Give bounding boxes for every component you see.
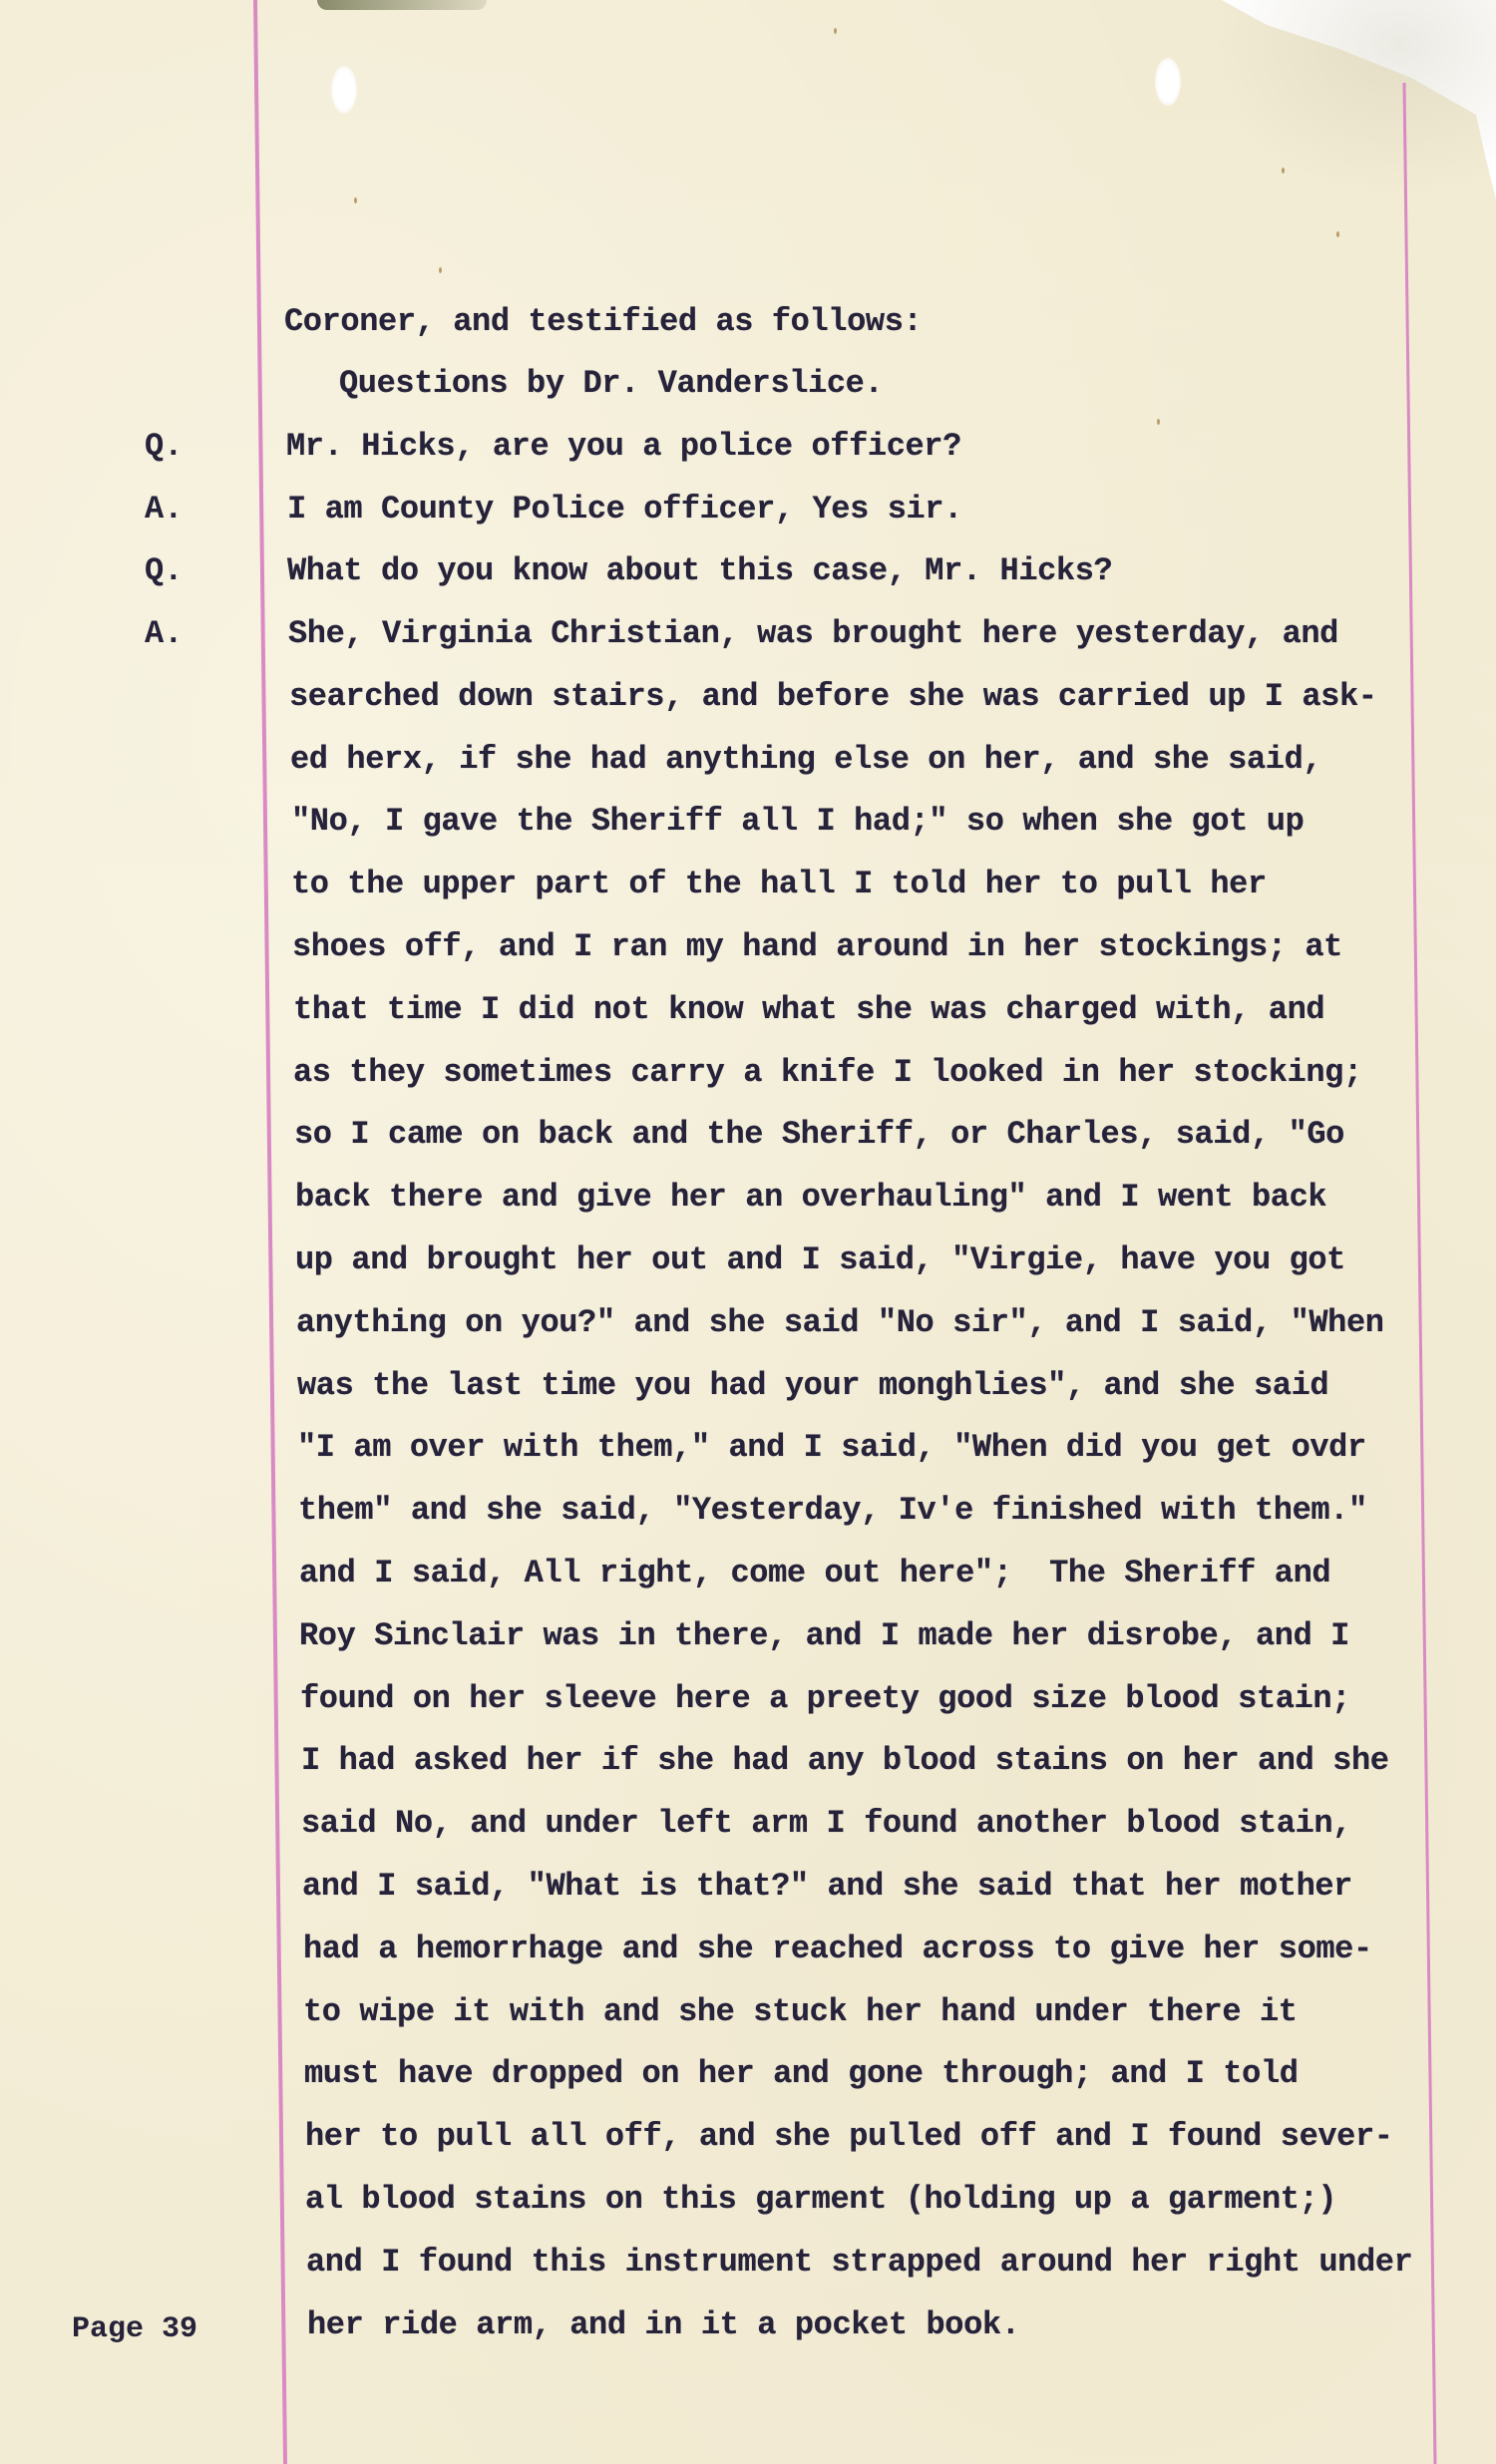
answer-line: al blood stains on this garment (holding… — [305, 2182, 1336, 2218]
answer-line: "No, I gave the Sheriff all I had;" so w… — [291, 804, 1304, 840]
paper-speck — [1157, 419, 1160, 425]
punch-hole-left — [331, 66, 357, 114]
answer-line: so I came on back and the Sheriff, or Ch… — [294, 1117, 1344, 1153]
paper-speck — [354, 197, 357, 203]
answer-line: to wipe it with and she stuck her hand u… — [303, 1994, 1298, 2030]
punch-hole-right — [1155, 58, 1181, 106]
top-edge-stain — [317, 0, 487, 10]
answer-line: I had asked her if she had any blood sta… — [301, 1743, 1389, 1779]
answer-line: to the upper part of the hall I told her… — [291, 867, 1267, 902]
question-label: Q. — [145, 429, 183, 465]
question-text: Mr. Hicks, are you a police officer? — [286, 429, 961, 465]
answer-line: said No, and under left arm I found anot… — [301, 1806, 1351, 1842]
answer-line: and I said, All right, come out here"; T… — [299, 1556, 1330, 1591]
answer-line: She, Virginia Christian, was brought her… — [288, 616, 1338, 652]
page-number: Page 39 — [72, 2311, 197, 2347]
paper-speck — [1336, 231, 1339, 237]
answer-line: Roy Sinclair was in there, and I made he… — [299, 1618, 1349, 1654]
answer-text: I am County Police officer, Yes sir. — [287, 492, 962, 528]
answer-line: that time I did not know what she was ch… — [293, 992, 1324, 1028]
answer-label: A. — [145, 492, 183, 528]
answer-line: her ride arm, and in it a pocket book. — [307, 2307, 1020, 2343]
answer-line: as they sometimes carry a knife I looked… — [293, 1055, 1362, 1091]
answer-line: found on her sleeve here a preety good s… — [300, 1681, 1350, 1717]
answer-label: A. — [145, 616, 183, 652]
answer-line: "I am over with them," and I said, "When… — [297, 1430, 1366, 1466]
paper-speck — [834, 28, 837, 34]
answer-line: had a hemorrhage and she reached across … — [303, 1932, 1372, 1967]
question-label: Q. — [145, 553, 183, 589]
answer-line: ed herx, if she had anything else on her… — [290, 742, 1321, 778]
answer-line: and I said, "What is that?" and she said… — [302, 1869, 1352, 1905]
answer-line: was the last time you had your monghlies… — [297, 1368, 1328, 1404]
answer-line: them" and she said, "Yesterday, Iv'e fin… — [298, 1493, 1367, 1529]
paper-speck — [439, 267, 442, 273]
answer-line: her to pull all off, and she pulled off … — [305, 2119, 1393, 2155]
answer-line: shoes off, and I ran my hand around in h… — [292, 929, 1342, 965]
questions-subheading: Questions by Dr. Vanderslice. — [339, 366, 883, 402]
answer-line: must have dropped on her and gone throug… — [304, 2056, 1299, 2092]
question-text: What do you know about this case, Mr. Hi… — [287, 553, 1112, 589]
intro-line: Coroner, and testified as follows: — [284, 304, 922, 340]
answer-line: back there and give her an overhauling" … — [295, 1180, 1326, 1216]
paper-speck — [1282, 168, 1285, 174]
answer-line: anything on you?" and she said "No sir",… — [296, 1305, 1384, 1341]
answer-line: up and brought her out and I said, "Virg… — [295, 1242, 1345, 1278]
answer-line: searched down stairs, and before she was… — [289, 679, 1377, 715]
answer-line: and I found this instrument strapped aro… — [306, 2245, 1412, 2281]
